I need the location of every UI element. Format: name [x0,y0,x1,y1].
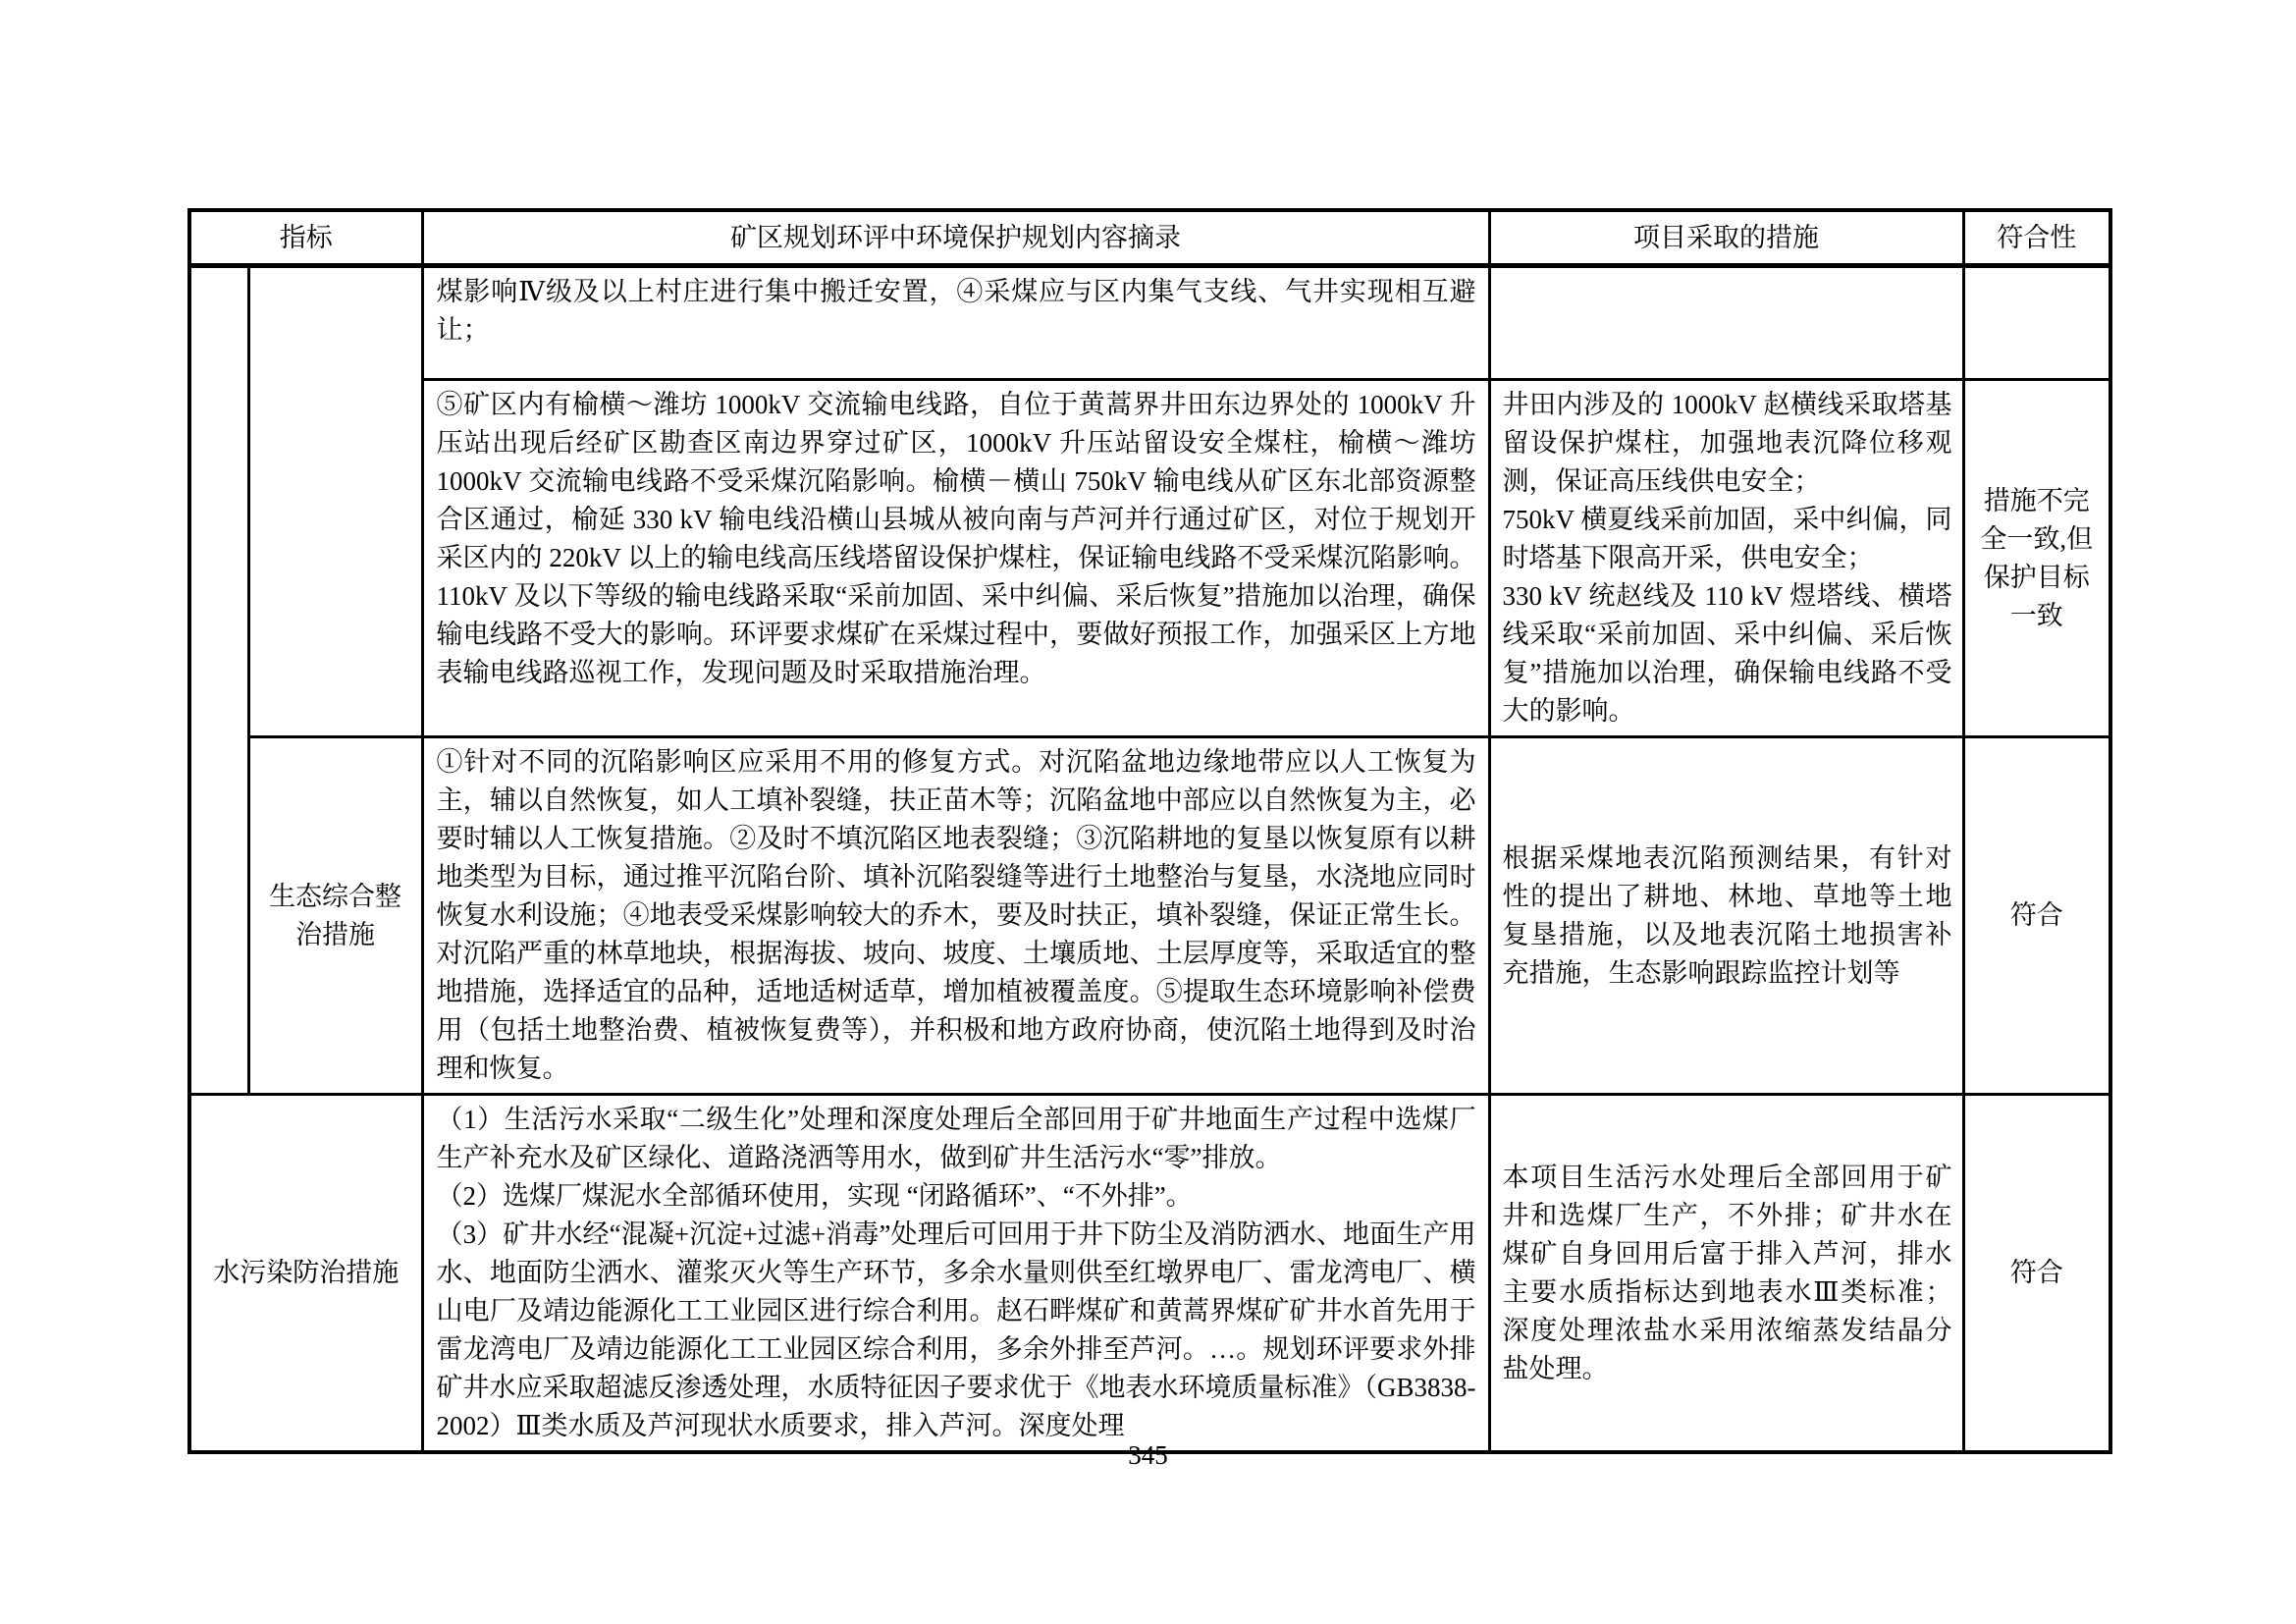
project-measures-cell: 本项目生活污水处理后全部回用于矿井和选煤厂生产，不外排；矿井水在煤矿自身回用后富… [1489,1095,1963,1453]
header-plan-excerpt: 矿区规划环评中环境保护规划内容摘录 [422,210,1489,266]
indicator-cell: 生态综合整治措施 [248,737,422,1095]
paragraph: ①针对不同的沉陷影响区应采用不用的修复方式。对沉陷盆地边缘地带应以人工恢复为主，… [437,743,1476,1088]
header-indicator: 指标 [189,210,422,266]
paragraph: （3）矿井水经“混凝+沉淀+过滤+消毒”处理后可回用于井下防尘及消防洒水、地面生… [437,1216,1476,1445]
page-number: 345 [0,1439,2296,1471]
compliance-table: 指标 矿区规划环评中环境保护规划内容摘录 项目采取的措施 符合性 煤影响Ⅳ级及以… [187,208,2112,1454]
compliance-cell: 符合 [1963,737,2110,1095]
header-project-measures: 项目采取的措施 [1489,210,1963,266]
compliance-cell: 措施不完全一致,但保护目标一致 [1963,380,2110,737]
paragraph: 煤影响Ⅳ级及以上村庄进行集中搬迁安置，④采煤应与区内集气支线、气井实现相互避让； [437,273,1476,350]
table-row: 水污染防治措施 （1）生活污水采取“二级生化”处理和深度处理后全部回用于矿井地面… [189,1095,2110,1453]
project-measures-cell: 井田内涉及的 1000kV 赵横线采取塔基留设保护煤柱，加强地表沉降位移观测，保… [1489,380,1963,737]
document-page: 指标 矿区规划环评中环境保护规划内容摘录 项目采取的措施 符合性 煤影响Ⅳ级及以… [0,0,2296,1624]
paragraph: 750kV 横夏线采前加固，采中纠偏，同时塔基下限高开采，供电安全； [1503,501,1952,577]
paragraph: ⑤矿区内有榆横～潍坊 1000kV 交流输电线路，自位于黄蒿界井田东边界处的 1… [437,386,1476,692]
project-measures-cell: 根据采煤地表沉陷预测结果，有针对性的提出了耕地、林地、草地等土地复垦措施，以及地… [1489,737,1963,1095]
paragraph: 330 kV 统赵线及 110 kV 煜塔线、横塔线采取“采前加固、采中纠偏、采… [1503,577,1952,731]
compliance-cell: 符合 [1963,1095,2110,1453]
plan-excerpt-cell: ①针对不同的沉陷影响区应采用不用的修复方式。对沉陷盆地边缘地带应以人工恢复为主，… [422,737,1489,1095]
plan-excerpt-cell: （1）生活污水采取“二级生化”处理和深度处理后全部回用于矿井地面生产过程中选煤厂… [422,1095,1489,1453]
paragraph: （2）选煤厂煤泥水全部循环使用，实现 “闭路循环”、“不外排”。 [437,1177,1476,1216]
table-row: 生态综合整治措施 ①针对不同的沉陷影响区应采用不用的修复方式。对沉陷盆地边缘地带… [189,737,2110,1095]
plan-excerpt-cell: ⑤矿区内有榆横～潍坊 1000kV 交流输电线路，自位于黄蒿界井田东边界处的 1… [422,380,1489,737]
plan-excerpt-cell: 煤影响Ⅳ级及以上村庄进行集中搬迁安置，④采煤应与区内集气支线、气井实现相互避让； [422,266,1489,380]
header-compliance: 符合性 [1963,210,2110,266]
paragraph: 井田内涉及的 1000kV 赵横线采取塔基留设保护煤柱，加强地表沉降位移观测，保… [1503,386,1952,501]
table-row: ⑤矿区内有榆横～潍坊 1000kV 交流输电线路，自位于黄蒿界井田东边界处的 1… [189,380,2110,737]
indicator-cell-empty [248,266,422,737]
project-measures-cell-empty [1489,266,1963,380]
table-header-row: 指标 矿区规划环评中环境保护规划内容摘录 项目采取的措施 符合性 [189,210,2110,266]
compliance-cell-empty [1963,266,2110,380]
paragraph: 本项目生活污水处理后全部回用于矿井和选煤厂生产，不外排；矿井水在煤矿自身回用后富… [1503,1159,1952,1388]
paragraph: 根据采煤地表沉陷预测结果，有针对性的提出了耕地、林地、草地等土地复垦措施，以及地… [1503,839,1952,993]
paragraph: （1）生活污水采取“二级生化”处理和深度处理后全部回用于矿井地面生产过程中选煤厂… [437,1101,1476,1177]
category-spacer-cell [189,266,248,1095]
table-row: 煤影响Ⅳ级及以上村庄进行集中搬迁安置，④采煤应与区内集气支线、气井实现相互避让； [189,266,2110,380]
indicator-cell: 水污染防治措施 [189,1095,422,1453]
